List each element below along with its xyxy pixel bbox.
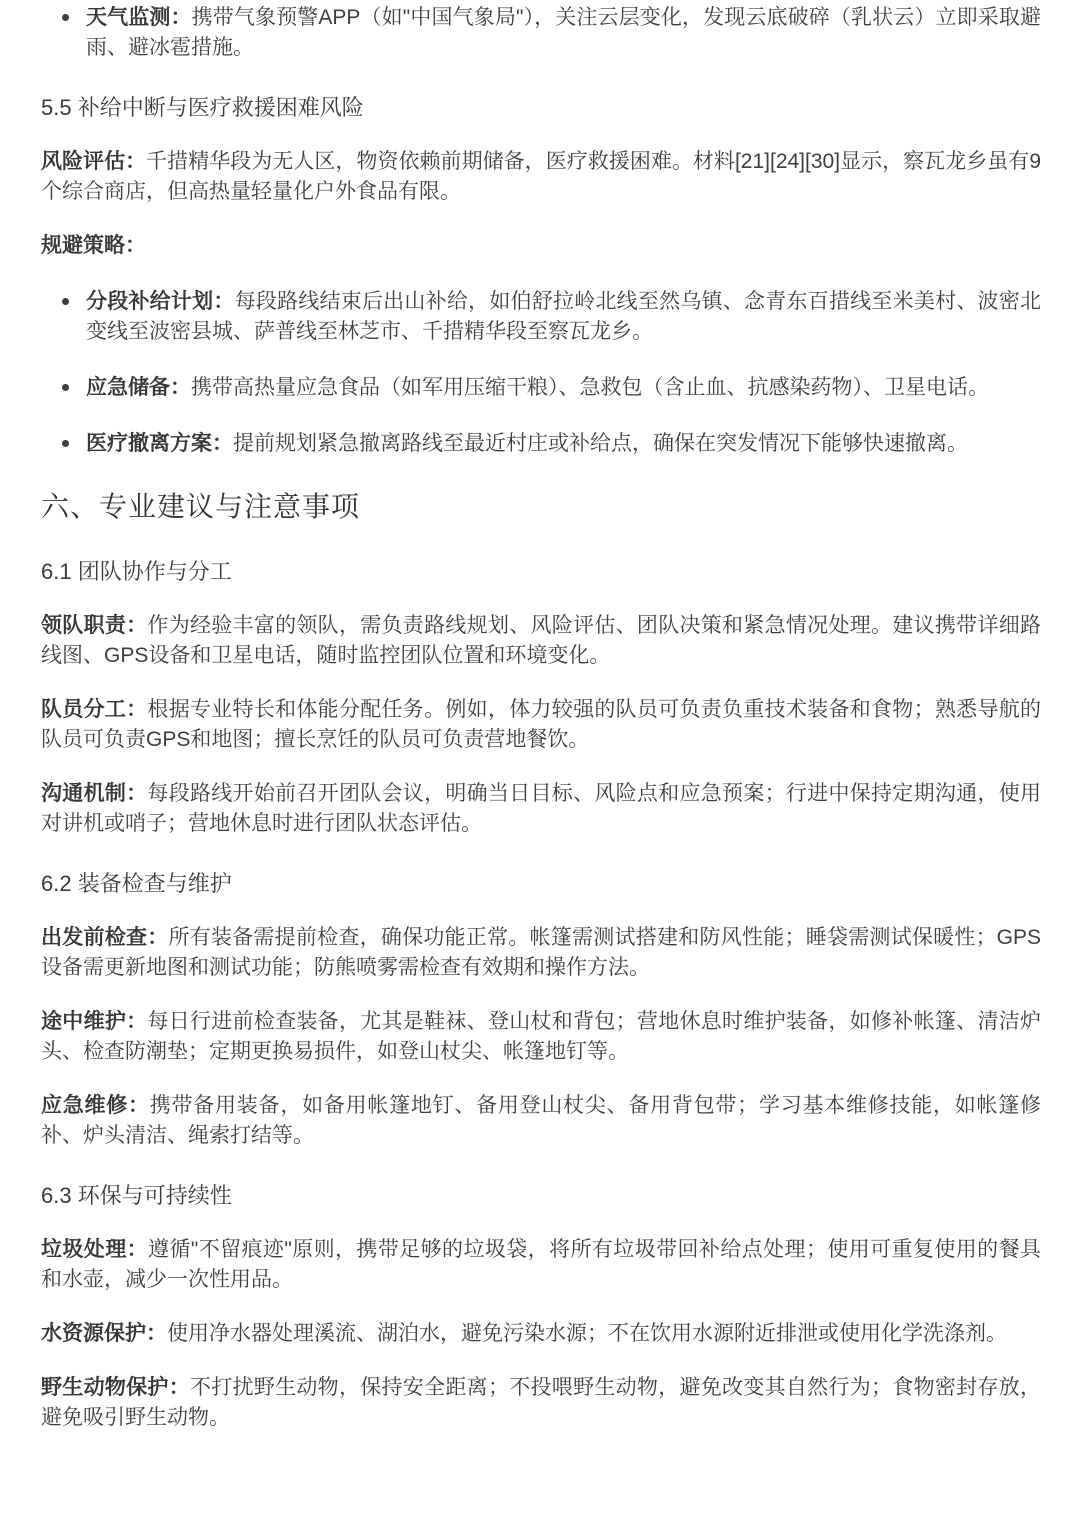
paragraph-label: 队员分工： bbox=[41, 698, 147, 721]
paragraph-text: 每段路线开始前召开团队会议，明确当日目标、风险点和应急预案；行进中保持定期沟通，… bbox=[41, 782, 1041, 835]
paragraph-text: 作为经验丰富的领队，需负责路线规划、风险评估、团队决策和紧急情况处理。建议携带详… bbox=[41, 614, 1041, 667]
avoidance-strategy-list: 分段补给计划：每段路线结束后出山补给，如伯舒拉岭北线至然乌镇、念青东百措线至米美… bbox=[41, 287, 1041, 459]
para-emergency-repair: 应急维修：携带备用装备，如备用帐篷地钉、备用登山杖尖、备用背包带；学习基本维修技… bbox=[41, 1091, 1041, 1151]
list-item-segmented-resupply: 分段补给计划：每段路线结束后出山补给，如伯舒拉岭北线至然乌镇、念青东百措线至米美… bbox=[86, 287, 1041, 347]
paragraph-label: 天气监测： bbox=[86, 6, 192, 29]
paragraph-label: 垃圾处理： bbox=[41, 1238, 148, 1261]
list-item-weather-monitoring: 天气监测：携带气象预警APP（如"中国气象局"），关注云层变化，发现云底破碎（乳… bbox=[86, 3, 1041, 63]
paragraph-text: 使用净水器处理溪流、湖泊水，避免污染水源；不在饮用水源附近排泄或使用化学洗涤剂。 bbox=[167, 1322, 1007, 1345]
paragraph-label: 出发前检查： bbox=[41, 926, 168, 949]
paragraph-text: 携带高热量应急食品（如军用压缩干粮）、急救包（含止血、抗感染药物）、卫星电话。 bbox=[191, 376, 989, 399]
paragraph-label: 分段补给计划： bbox=[86, 290, 235, 313]
para-member-division: 队员分工：根据专业特长和体能分配任务。例如，体力较强的队员可负责负重技术装备和食… bbox=[41, 695, 1041, 755]
para-avoidance-strategy-label: 规避策略： bbox=[41, 231, 1041, 261]
paragraph-text: 根据专业特长和体能分配任务。例如，体力较强的队员可负责负重技术装备和食物；熟悉导… bbox=[41, 698, 1041, 751]
para-garbage-disposal: 垃圾处理：遵循"不留痕迹"原则，携带足够的垃圾袋，将所有垃圾带回补给点处理；使用… bbox=[41, 1235, 1041, 1295]
section-6-heading: 六、专业建议与注意事项 bbox=[41, 487, 1041, 527]
bullet-icon bbox=[62, 440, 69, 447]
paragraph-label: 沟通机制： bbox=[41, 782, 147, 805]
para-wildlife-protection: 野生动物保护：不打扰野生动物，保持安全距离；不投喂野生动物，避免改变其自然行为；… bbox=[41, 1373, 1041, 1433]
section-6-2-heading: 6.2 装备检查与维护 bbox=[41, 869, 1041, 899]
paragraph-label: 应急储备： bbox=[86, 376, 191, 399]
paragraph-label: 途中维护： bbox=[41, 1010, 147, 1033]
document-body: 天气监测：携带气象预警APP（如"中国气象局"），关注云层变化，发现云底破碎（乳… bbox=[0, 0, 1080, 1433]
para-risk-assessment: 风险评估：千措精华段为无人区，物资依赖前期储备，医疗救援困难。材料[21][24… bbox=[41, 147, 1041, 207]
bullet-icon bbox=[62, 384, 69, 391]
paragraph-text: 每日行进前检查装备，尤其是鞋袜、登山杖和背包；营地休息时维护装备，如修补帐篷、清… bbox=[41, 1010, 1041, 1063]
paragraph-label: 领队职责： bbox=[41, 614, 147, 637]
section-6-3-heading: 6.3 环保与可持续性 bbox=[41, 1181, 1041, 1211]
list-item-emergency-reserve: 应急储备：携带高热量应急食品（如军用压缩干粮）、急救包（含止血、抗感染药物）、卫… bbox=[86, 373, 1041, 403]
bullet-icon bbox=[62, 14, 69, 21]
bullet-icon bbox=[62, 298, 69, 305]
paragraph-text: 提前规划紧急撤离路线至最近村庄或补给点，确保在突发情况下能够快速撤离。 bbox=[233, 432, 968, 455]
para-water-protection: 水资源保护：使用净水器处理溪流、湖泊水，避免污染水源；不在饮用水源附近排泄或使用… bbox=[41, 1319, 1041, 1349]
section-5-5-heading: 5.5 补给中断与医疗救援困难风险 bbox=[41, 93, 1041, 123]
section-6-1-heading: 6.1 团队协作与分工 bbox=[41, 557, 1041, 587]
paragraph-text: 所有装备需提前检查，确保功能正常。帐篷需测试搭建和防风性能；睡袋需测试保暖性；G… bbox=[41, 926, 1041, 979]
para-communication-mechanism: 沟通机制：每段路线开始前召开团队会议，明确当日目标、风险点和应急预案；行进中保持… bbox=[41, 779, 1041, 839]
weather-monitoring-list: 天气监测：携带气象预警APP（如"中国气象局"），关注云层变化，发现云底破碎（乳… bbox=[41, 3, 1041, 63]
paragraph-label: 水资源保护： bbox=[41, 1322, 167, 1345]
para-pre-departure-check: 出发前检查：所有装备需提前检查，确保功能正常。帐篷需测试搭建和防风性能；睡袋需测… bbox=[41, 923, 1041, 983]
paragraph-label: 应急维修： bbox=[41, 1094, 150, 1117]
para-leader-duty: 领队职责：作为经验丰富的领队，需负责路线规划、风险评估、团队决策和紧急情况处理。… bbox=[41, 611, 1041, 671]
paragraph-label: 医疗撤离方案： bbox=[86, 432, 233, 455]
paragraph-text: 千措精华段为无人区，物资依赖前期储备，医疗救援困难。材料[21][24][30]… bbox=[41, 150, 1041, 203]
para-enroute-maintenance: 途中维护：每日行进前检查装备，尤其是鞋袜、登山杖和背包；营地休息时维护装备，如修… bbox=[41, 1007, 1041, 1067]
paragraph-text: 携带气象预警APP（如"中国气象局"），关注云层变化，发现云底破碎（乳状云）立即… bbox=[86, 6, 1041, 59]
paragraph-label: 规避策略： bbox=[41, 234, 146, 257]
paragraph-text: 遵循"不留痕迹"原则，携带足够的垃圾袋，将所有垃圾带回补给点处理；使用可重复使用… bbox=[41, 1238, 1041, 1291]
list-item-medical-evacuation: 医疗撤离方案：提前规划紧急撤离路线至最近村庄或补给点，确保在突发情况下能够快速撤… bbox=[86, 429, 1041, 459]
paragraph-text: 携带备用装备，如备用帐篷地钉、备用登山杖尖、备用背包带；学习基本维修技能，如帐篷… bbox=[41, 1094, 1041, 1147]
paragraph-text: 不打扰野生动物，保持安全距离；不投喂野生动物，避免改变其自然行为；食物密封存放，… bbox=[41, 1376, 1041, 1429]
paragraph-label: 风险评估： bbox=[41, 150, 146, 173]
paragraph-label: 野生动物保护： bbox=[41, 1376, 190, 1399]
